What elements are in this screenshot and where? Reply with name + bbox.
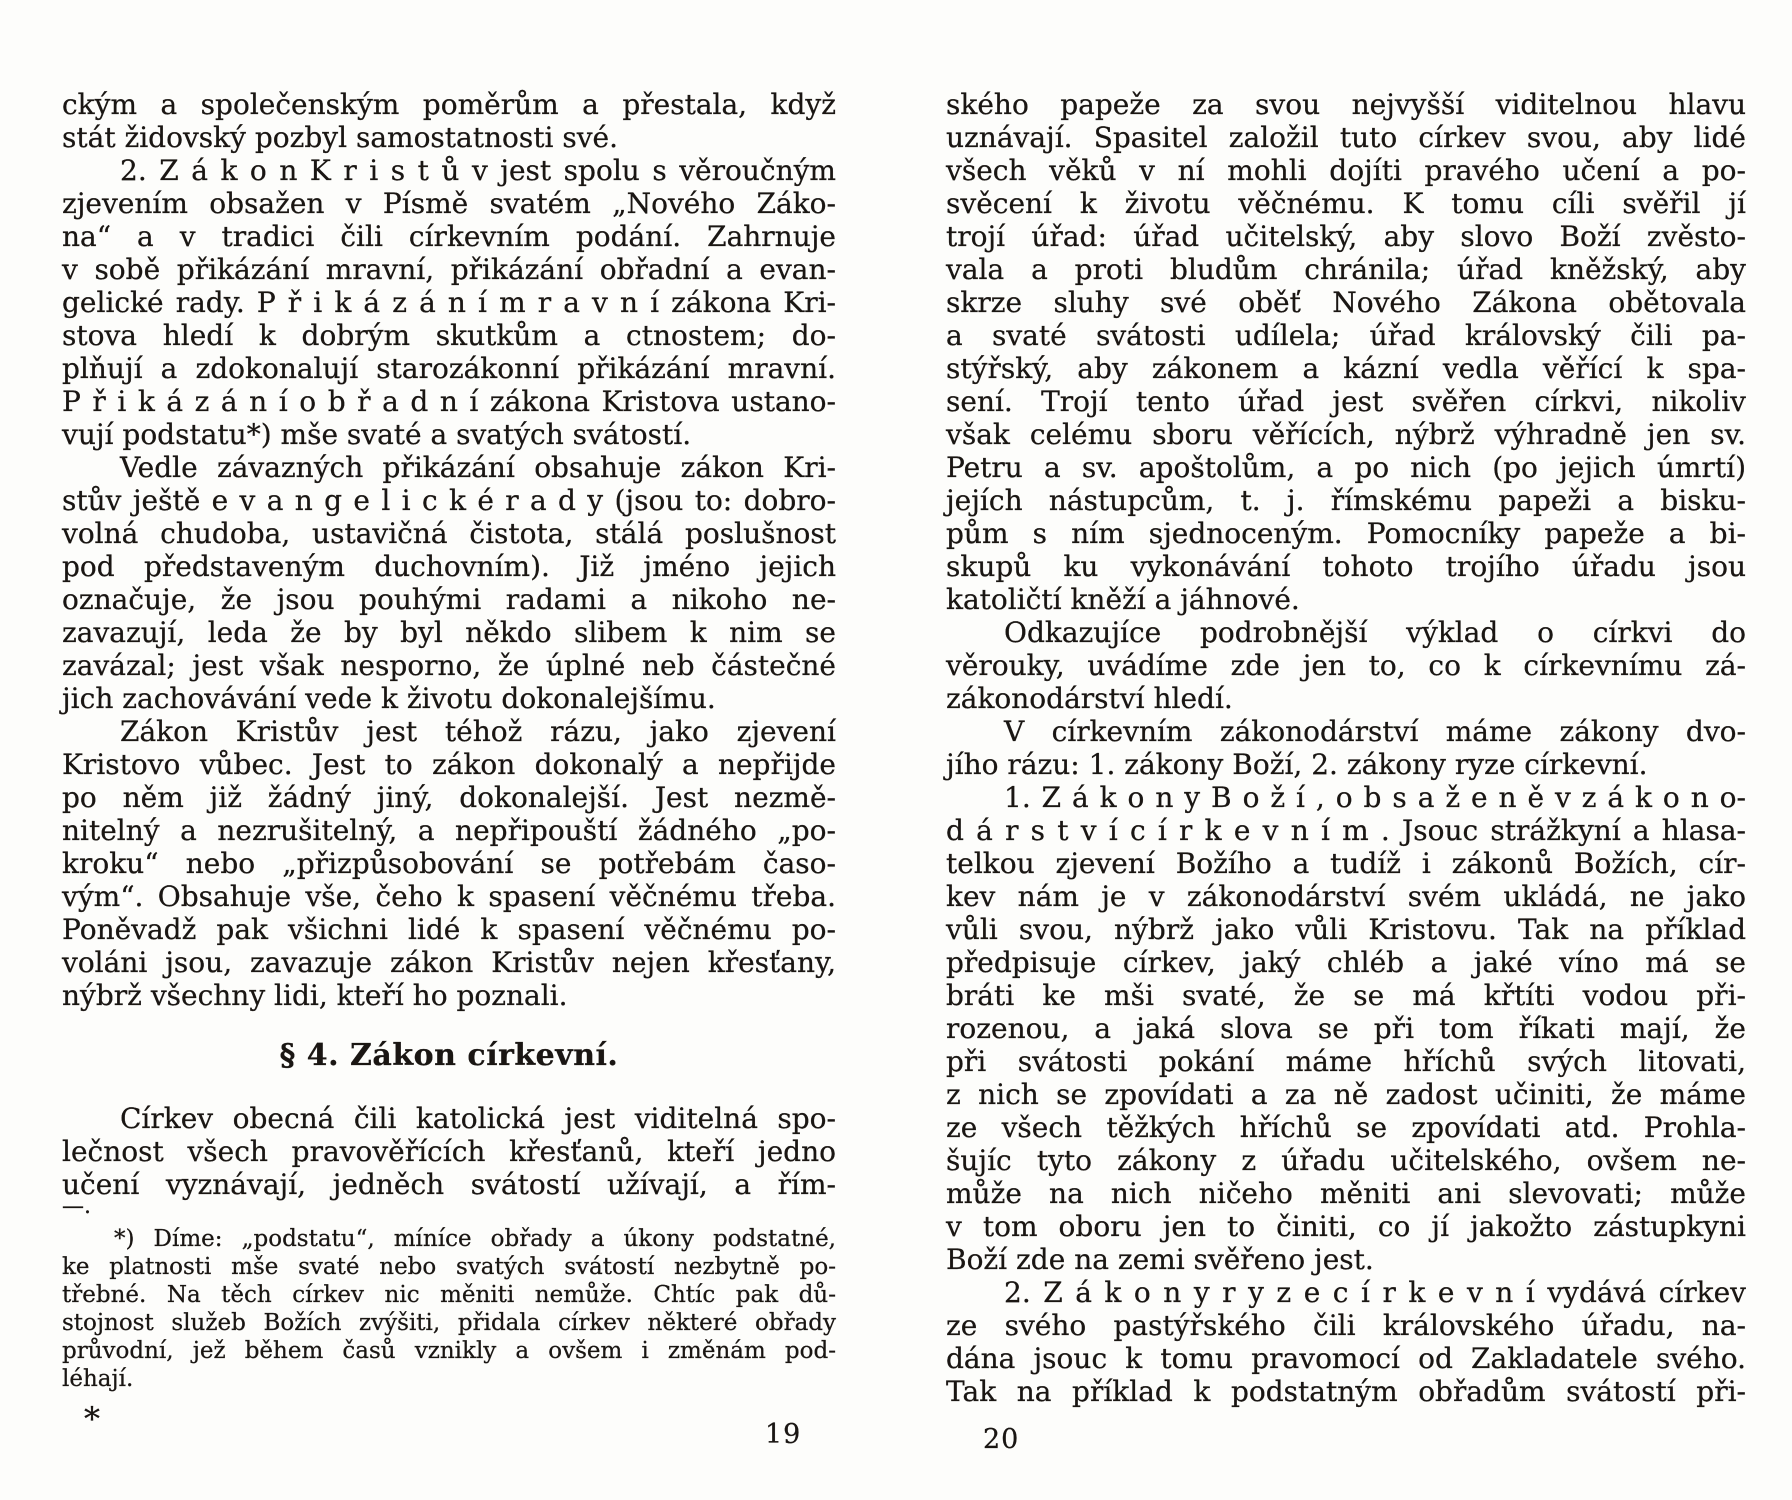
section-heading: § 4. Zákon církevní. bbox=[62, 1038, 836, 1074]
text-line: stát židovský pozbyl samostatnosti své. bbox=[62, 121, 836, 154]
text-line: učení vyznávají, jedněch svátostí užívaj… bbox=[62, 1168, 836, 1201]
text-line: Vedle závazných přikázání obsahuje zákon… bbox=[62, 451, 836, 484]
footnote-line: ke platnosti mše svaté nebo svatých svát… bbox=[62, 1253, 836, 1281]
signature-mark: * bbox=[84, 1400, 100, 1438]
text-line: v tom oboru jen to činiti, co jí jakožto… bbox=[946, 1210, 1746, 1243]
text-line: Kristovo vůbec. Jest to zákon dokonalý a… bbox=[62, 748, 836, 781]
text-line: ckým a společenským poměrům a přestala, … bbox=[62, 88, 836, 121]
text-line: Tak na příklad k podstatným obřadům svát… bbox=[946, 1375, 1746, 1408]
text-line: V církevním zákonodárství máme zákony dv… bbox=[946, 715, 1746, 748]
text-line: zavazují, leda že by byl někdo slibem k … bbox=[62, 616, 836, 649]
text-line: ského papeže za svou nejvyšší viditelnou… bbox=[946, 88, 1746, 121]
text-line: katoličtí kněží a jáhnové. bbox=[946, 583, 1746, 616]
text-line: vým“. Obsahuje vše, čeho k spasení věčné… bbox=[62, 880, 836, 913]
text-line: pům s ním sjednoceným. Pomocníky papeže … bbox=[946, 517, 1746, 550]
footnote-line: stojnost služeb Božích zvýšiti, přidala … bbox=[62, 1309, 836, 1337]
left-page-text-block: ckým a společenským poměrům a přestala, … bbox=[62, 88, 836, 1012]
footnote-line: průvodní, jež během časů vznikly a ovšem… bbox=[62, 1337, 836, 1365]
text-line: vala a proti bludům chránila; úřad kněžs… bbox=[946, 253, 1746, 286]
text-line: šujíc tyto zákony z úřadu učitelského, o… bbox=[946, 1144, 1746, 1177]
text-line: gelické rady. P ř i k á z á n í m r a v … bbox=[62, 286, 836, 319]
text-line: kroku“ nebo „přizpůsobování se potřebám … bbox=[62, 847, 836, 880]
right-page-text-block: ského papeže za svou nejvyšší viditelnou… bbox=[946, 88, 1746, 1408]
footnote-line: *) Díme: „podstatu“, míníce obřady a úko… bbox=[62, 1225, 836, 1253]
text-line: svěcení k životu věčnému. K tomu cíli sv… bbox=[946, 187, 1746, 220]
text-line: d á r s t v í c í r k e v n í m . Jsouc … bbox=[946, 814, 1746, 847]
text-line: z nich se zpovídati a za ně zadost učini… bbox=[946, 1078, 1746, 1111]
text-line: v sobě přikázání mravní, přikázání obřad… bbox=[62, 253, 836, 286]
text-line: stův ještě e v a n g e l i c k é r a d y… bbox=[62, 484, 836, 517]
text-line: rozenou, a jaká slova se při tom říkati … bbox=[946, 1012, 1746, 1045]
text-line: telkou zjevení Božího a tudíž i zákonů B… bbox=[946, 847, 1746, 880]
text-line: Církev obecná čili katolická jest vidite… bbox=[62, 1102, 836, 1135]
text-line: jejích nástupcům, t. j. římskému papeži … bbox=[946, 484, 1746, 517]
text-line: všech věků v ní mohli dojíti pravého uče… bbox=[946, 154, 1746, 187]
text-line: stýřský, aby zákonem a kázní vedla věříc… bbox=[946, 352, 1746, 385]
text-line: věrouky, uvádíme zde jen to, co k církev… bbox=[946, 649, 1746, 682]
text-line: zjevením obsažen v Písmě svatém „Nového … bbox=[62, 187, 836, 220]
left-page-column: ckým a společenským poměrům a přestala, … bbox=[62, 88, 836, 1393]
text-line: nitelný a nezrušitelný, a nepřipouští žá… bbox=[62, 814, 836, 847]
text-line: bráti ke mši svaté, že se má křtíti vodo… bbox=[946, 979, 1746, 1012]
right-page-column: ského papeže za svou nejvyšší viditelnou… bbox=[946, 88, 1746, 1408]
page-number-left: 19 bbox=[765, 1419, 801, 1450]
text-line: označuje, že jsou pouhými radami a nikoh… bbox=[62, 583, 836, 616]
text-line: Petru a sv. apoštolům, a po nich (po jej… bbox=[946, 451, 1746, 484]
text-line: jího rázu: 1. zákony Boží, 2. zákony ryz… bbox=[946, 748, 1746, 781]
text-line: ze svého pastýřského čili královského úř… bbox=[946, 1309, 1746, 1342]
text-line: stova hledí k dobrým skutkům a ctnostem;… bbox=[62, 319, 836, 352]
text-line: na“ a v tradici čili církevním podání. Z… bbox=[62, 220, 836, 253]
text-line: trojí úřad: úřad učitelský, aby slovo Bo… bbox=[946, 220, 1746, 253]
text-line: a svaté svátosti udílela; úřad královský… bbox=[946, 319, 1746, 352]
text-line: skrze sluhy své oběť Nového Zákona oběto… bbox=[946, 286, 1746, 319]
text-line: uznávají. Spasitel založil tuto církev s… bbox=[946, 121, 1746, 154]
text-line: kev nám je v zákonodárství svém ukládá, … bbox=[946, 880, 1746, 913]
text-line: 1. Z á k o n y B o ž í , o b s a ž e n ě… bbox=[946, 781, 1746, 814]
text-line: Poněvadž pak všichni lidé k spasení věčn… bbox=[62, 913, 836, 946]
text-line: zákonodárství hledí. bbox=[946, 682, 1746, 715]
footnote-block: *) Díme: „podstatu“, míníce obřady a úko… bbox=[62, 1225, 836, 1393]
text-line: lečnost všech pravověřících křesťanů, kt… bbox=[62, 1135, 836, 1168]
text-line: Boží zde na zemi svěřeno jest. bbox=[946, 1243, 1746, 1276]
book-scan-spread: ckým a společenským poměrům a přestala, … bbox=[0, 0, 1792, 1500]
text-line: ze všech těžkých hříchů se zpovídati atd… bbox=[946, 1111, 1746, 1144]
text-line: plňují a zdokonalují starozákonní přikáz… bbox=[62, 352, 836, 385]
text-line: vují podstatu*) mše svaté a svatých svát… bbox=[62, 418, 836, 451]
text-line: dána jsouc k tomu pravomocí od Zakladate… bbox=[946, 1342, 1746, 1375]
text-line: zavázal; jest však nesporno, že úplné ne… bbox=[62, 649, 836, 682]
text-line: předpisuje církev, jaký chléb a jaké vín… bbox=[946, 946, 1746, 979]
footnote-line: léhají. bbox=[62, 1365, 836, 1393]
text-line: voláni jsou, zavazuje zákon Kristův neje… bbox=[62, 946, 836, 979]
text-line: sení. Trojí tento úřad jest svěřen církv… bbox=[946, 385, 1746, 418]
text-line: jich zachovávání vede k životu dokonalej… bbox=[62, 682, 836, 715]
text-line: vůli svou, nýbrž jako vůli Kristovu. Tak… bbox=[946, 913, 1746, 946]
text-line: nýbrž všechny lidi, kteří ho poznali. bbox=[62, 979, 836, 1012]
text-line: skupů ku vykonávání tohoto trojího úřadu… bbox=[946, 550, 1746, 583]
text-line: Zákon Kristův jest téhož rázu, jako zjev… bbox=[62, 715, 836, 748]
text-line: 2. Z á k o n y r y z e c í r k e v n í v… bbox=[946, 1276, 1746, 1309]
text-line: může na nich ničeho měniti ani slevovati… bbox=[946, 1177, 1746, 1210]
footnote-separator: —. bbox=[62, 1203, 836, 1211]
text-line: volná chudoba, ustavičná čistota, stálá … bbox=[62, 517, 836, 550]
text-line: Odkazujíce podrobnější výklad o církvi d… bbox=[946, 616, 1746, 649]
text-line: při svátosti pokání máme hříchů svých li… bbox=[946, 1045, 1746, 1078]
text-line: však celému sboru věřících, nýbrž výhrad… bbox=[946, 418, 1746, 451]
text-line: P ř i k á z á n í o b ř a d n í zákona K… bbox=[62, 385, 836, 418]
left-page-text-block-after-heading: Církev obecná čili katolická jest vidite… bbox=[62, 1102, 836, 1201]
text-line: 2. Z á k o n K r i s t ů v jest spolu s … bbox=[62, 154, 836, 187]
page-number-right: 20 bbox=[983, 1424, 1019, 1455]
footnote-line: třebné. Na těch církev nic měniti nemůže… bbox=[62, 1281, 836, 1309]
text-line: po něm již žádný jiný, dokonalejší. Jest… bbox=[62, 781, 836, 814]
text-line: pod představeným duchovním). Již jméno j… bbox=[62, 550, 836, 583]
